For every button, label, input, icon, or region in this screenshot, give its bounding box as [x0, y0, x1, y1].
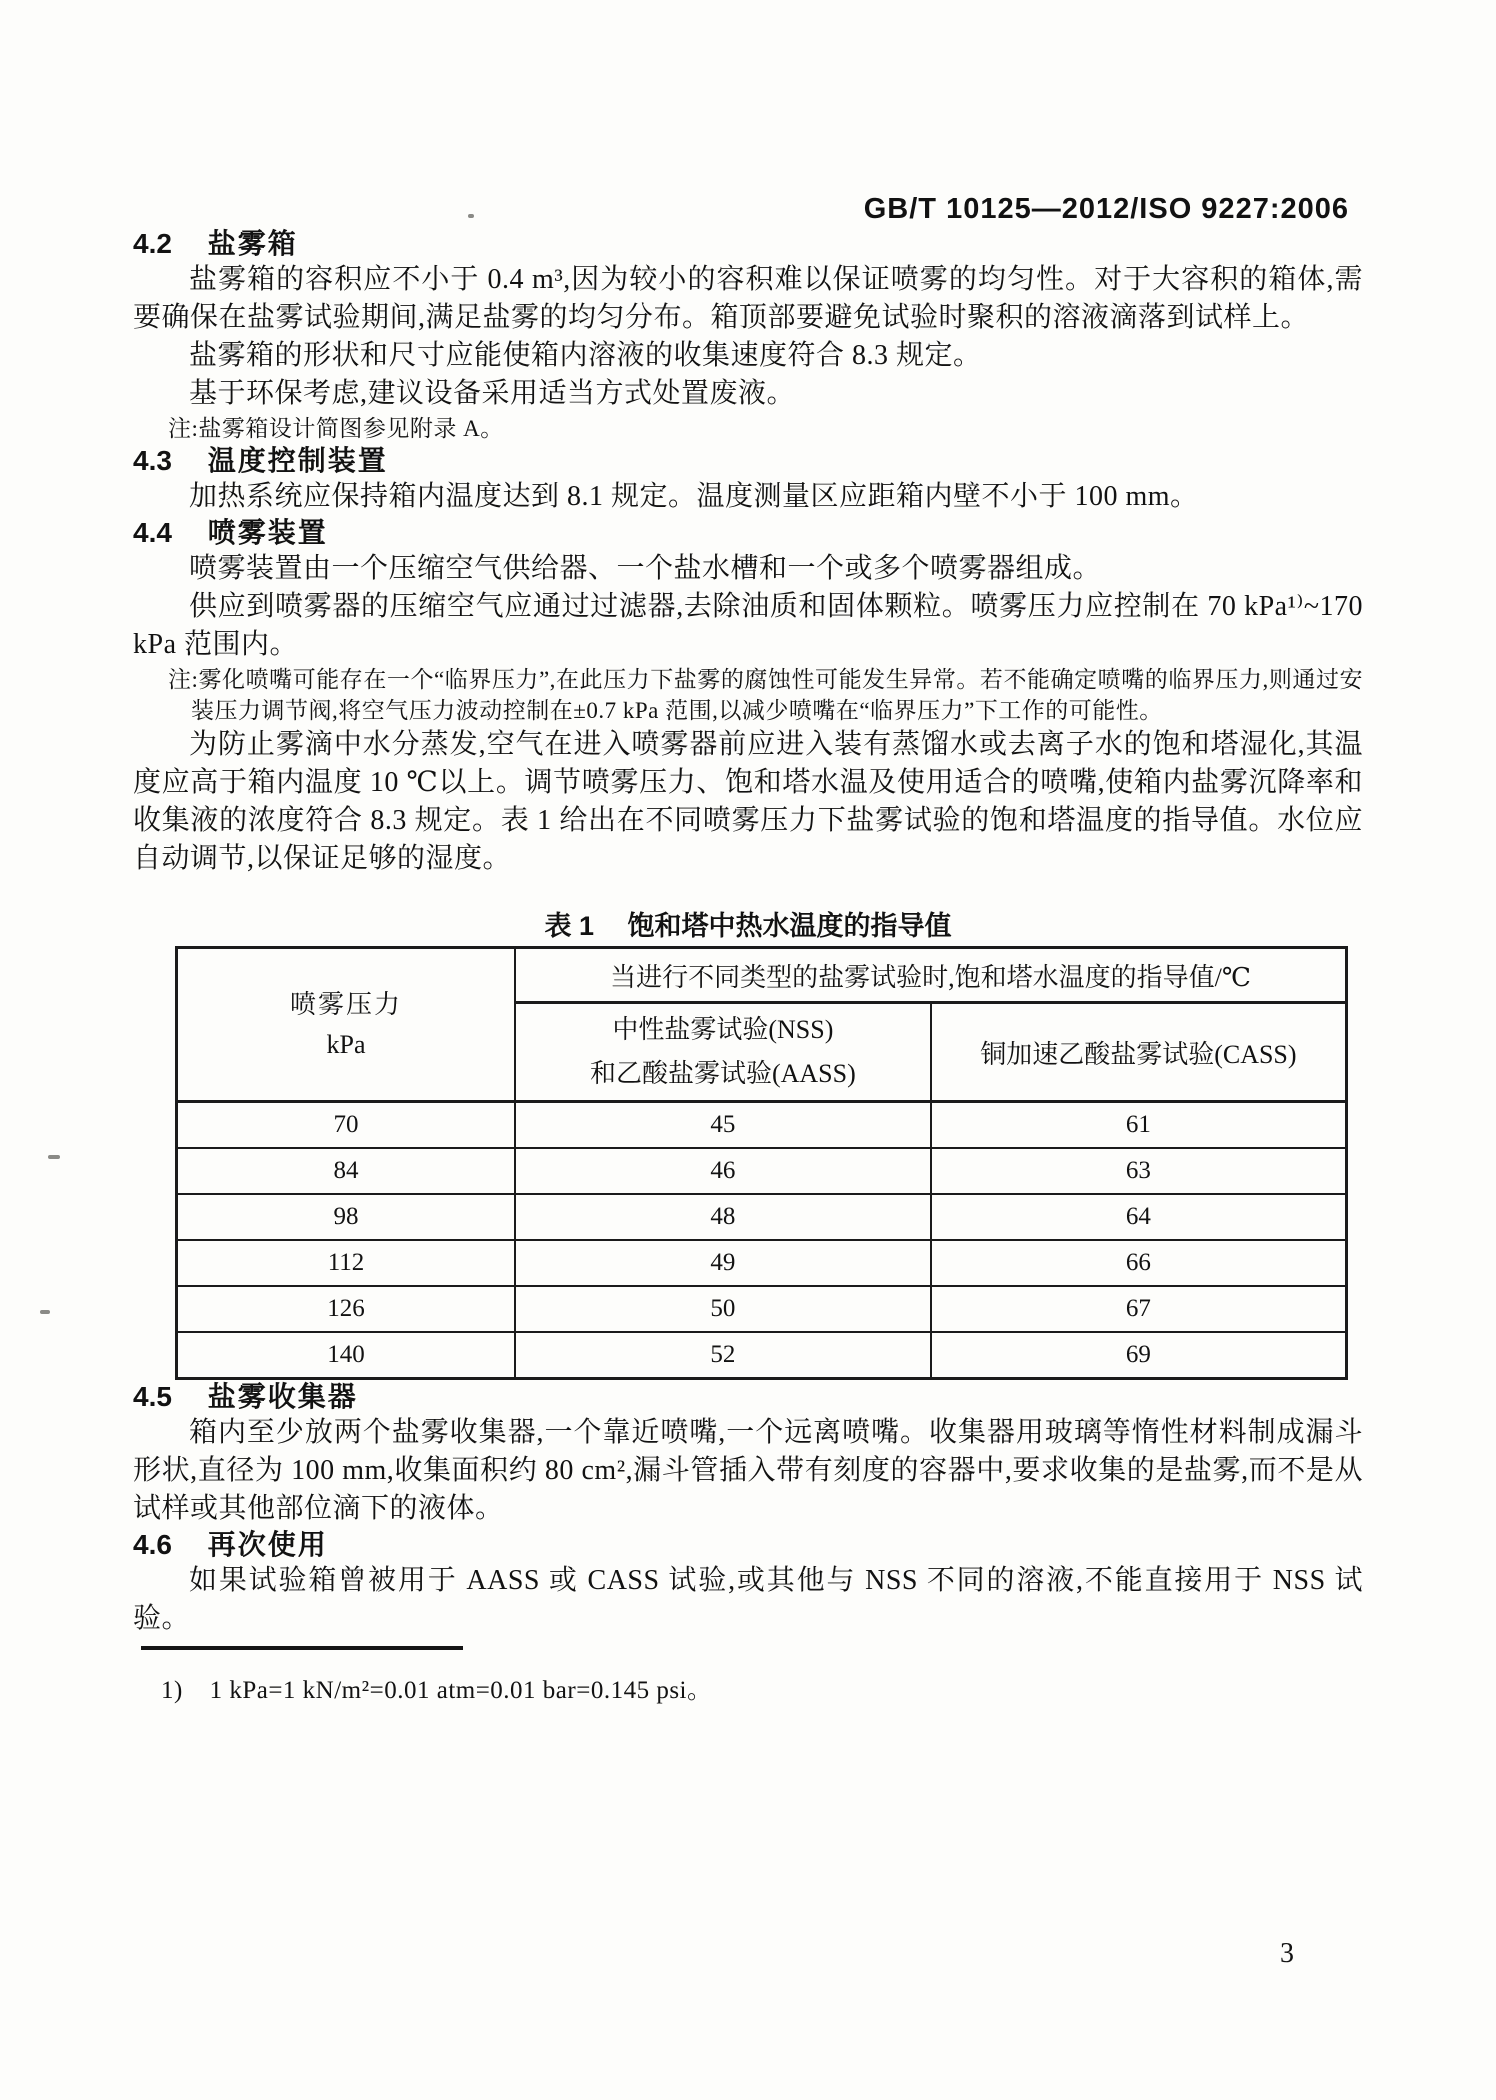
cell-nss: 48: [515, 1194, 931, 1240]
cell-nss: 50: [515, 1286, 931, 1332]
table-caption-title: 饱和塔中热水温度的指导值: [628, 911, 952, 941]
section-heading-4-6: 4.6 再次使用: [133, 1528, 1363, 1562]
table-header-cass: 铜加速乙酸盐雾试验(CASS): [931, 1003, 1347, 1102]
table-row: 126 50 67: [177, 1286, 1347, 1332]
cell-cass: 64: [931, 1194, 1347, 1240]
section-number: 4.3: [133, 444, 172, 478]
guidance-temperature-table: 喷雾压力 kPa 当进行不同类型的盐雾试验时,饱和塔水温度的指导值/℃ 中性盐雾…: [175, 946, 1348, 1380]
paragraph: 盐雾箱的容积应不小于 0.4 m³,因为较小的容积难以保证喷雾的均匀性。对于大容…: [133, 261, 1363, 337]
note: 注:盐雾箱设计简图参见附录 A。: [133, 413, 1363, 444]
section-number: 4.6: [133, 1528, 172, 1562]
cell-pressure: 84: [177, 1148, 516, 1194]
section-title: 再次使用: [208, 1528, 328, 1562]
page-header: GB/T 10125—2012/ISO 9227:2006: [133, 193, 1363, 227]
paragraph: 如果试验箱曾被用于 AASS 或 CASS 试验,或其他与 NSS 不同的溶液,…: [133, 1562, 1363, 1638]
paragraph: 盐雾箱的形状和尺寸应能使箱内溶液的收集速度符合 8.3 规定。: [133, 337, 1363, 375]
cell-nss: 46: [515, 1148, 931, 1194]
section-heading-4-4: 4.4 喷雾装置: [133, 516, 1363, 550]
paragraph: 基于环保考虑,建议设备采用适当方式处置废液。: [133, 375, 1363, 413]
note: 注:雾化喷嘴可能存在一个“临界压力”,在此压力下盐雾的腐蚀性可能发生异常。若不能…: [133, 664, 1363, 726]
cell-pressure: 140: [177, 1332, 516, 1379]
section-heading-4-2: 4.2 盐雾箱: [133, 227, 1363, 261]
section-title: 盐雾箱: [208, 227, 298, 261]
section-title: 温度控制装置: [208, 444, 388, 478]
cell-nss: 49: [515, 1240, 931, 1286]
table-row: 112 49 66: [177, 1240, 1347, 1286]
footnote: 1) 1 kPa=1 kN/m²=0.01 atm=0.01 bar=0.145…: [161, 1670, 1363, 1706]
table-row: 84 46 63: [177, 1148, 1347, 1194]
cell-nss: 52: [515, 1332, 931, 1379]
scan-speck: [40, 1310, 50, 1314]
cell-cass: 63: [931, 1148, 1347, 1194]
table-header-nss-aass: 中性盐雾试验(NSS) 和乙酸盐雾试验(AASS): [515, 1003, 931, 1102]
table-header-pressure: 喷雾压力 kPa: [177, 948, 516, 1102]
standard-number: GB/T 10125—2012/ISO 9227:2006: [864, 193, 1349, 225]
table-row: 98 48 64: [177, 1194, 1347, 1240]
section-number: 4.4: [133, 516, 172, 550]
cell-nss: 45: [515, 1102, 931, 1149]
table-header-span: 当进行不同类型的盐雾试验时,饱和塔水温度的指导值/℃: [515, 948, 1347, 1003]
paragraph: 箱内至少放两个盐雾收集器,一个靠近喷嘴,一个远离喷嘴。收集器用玻璃等惰性材料制成…: [133, 1414, 1363, 1528]
cell-cass: 61: [931, 1102, 1347, 1149]
table-header-pressure-unit: kPa: [186, 1025, 506, 1065]
footnote-divider: [141, 1646, 463, 1650]
paragraph: 加热系统应保持箱内温度达到 8.1 规定。温度测量区应距箱内壁不小于 100 m…: [133, 478, 1363, 516]
table-row: 70 45 61: [177, 1102, 1347, 1149]
scan-speck: [468, 214, 474, 218]
cell-pressure: 126: [177, 1286, 516, 1332]
section-title: 盐雾收集器: [208, 1380, 358, 1414]
paragraph: 为防止雾滴中水分蒸发,空气在进入喷雾器前应进入装有蒸馏水或去离子水的饱和塔湿化,…: [133, 726, 1363, 878]
section-title: 喷雾装置: [208, 516, 328, 550]
table-caption-number: 表 1: [544, 911, 594, 941]
cell-pressure: 98: [177, 1194, 516, 1240]
cell-pressure: 112: [177, 1240, 516, 1286]
section-number: 4.5: [133, 1380, 172, 1414]
section-heading-4-3: 4.3 温度控制装置: [133, 444, 1363, 478]
section-number: 4.2: [133, 227, 172, 261]
cell-pressure: 70: [177, 1102, 516, 1149]
table-header-pressure-title: 喷雾压力: [186, 985, 506, 1025]
scan-speck: [48, 1155, 60, 1159]
table-row: 140 52 69: [177, 1332, 1347, 1379]
section-heading-4-5: 4.5 盐雾收集器: [133, 1380, 1363, 1414]
footnote-marker: 1): [161, 1677, 183, 1704]
table-caption: 表 1 饱和塔中热水温度的指导值: [133, 904, 1363, 938]
footnote-text: 1 kPa=1 kN/m²=0.01 atm=0.01 bar=0.145 ps…: [210, 1677, 713, 1704]
cell-cass: 69: [931, 1332, 1347, 1379]
cell-cass: 66: [931, 1240, 1347, 1286]
document-page: GB/T 10125—2012/ISO 9227:2006 4.2 盐雾箱 盐雾…: [0, 0, 1496, 2100]
cell-cass: 67: [931, 1286, 1347, 1332]
paragraph: 供应到喷雾器的压缩空气应通过过滤器,去除油质和固体颗粒。喷雾压力应控制在 70 …: [133, 588, 1363, 664]
page-number: 3: [1280, 1938, 1294, 1970]
paragraph: 喷雾装置由一个压缩空气供给器、一个盐水槽和一个或多个喷雾器组成。: [133, 550, 1363, 588]
